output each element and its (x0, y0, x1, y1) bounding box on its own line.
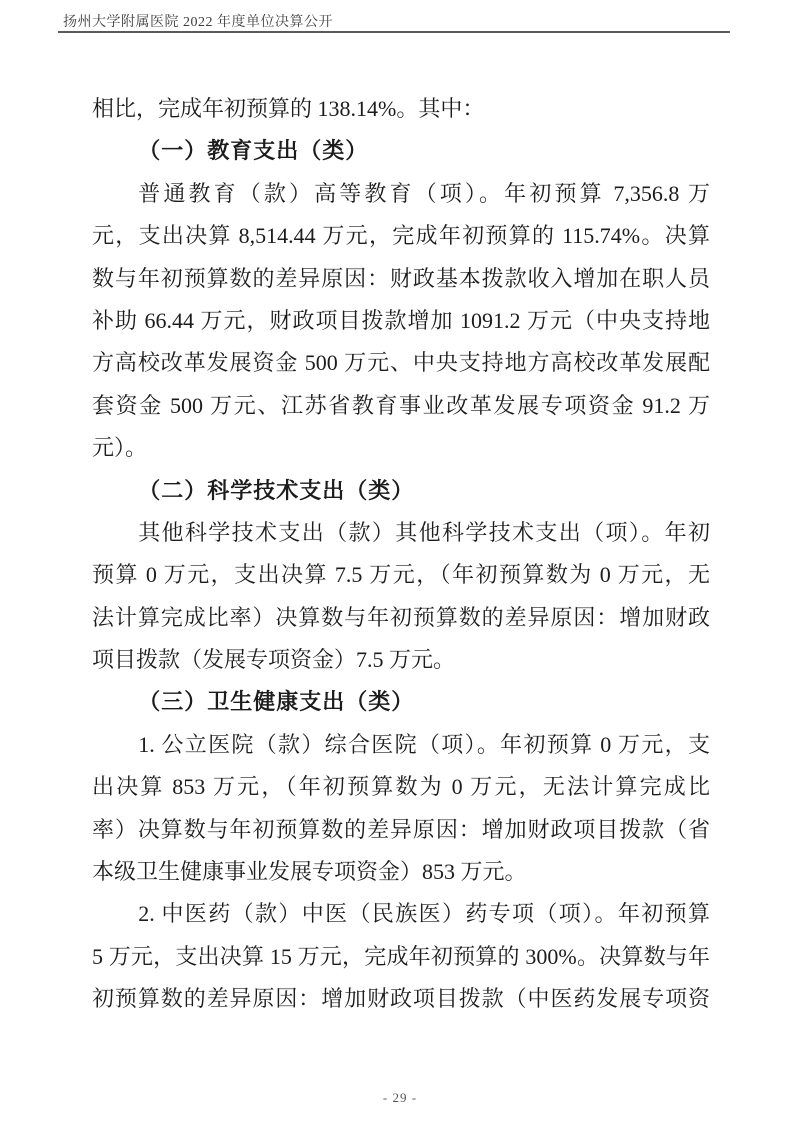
body-text-line: 初预算数的差异原因：增加财政项目拨款（中医药发展专项资 (92, 978, 710, 1020)
header-rule (58, 31, 730, 33)
header-title: 扬州大学附属医院 2022 年度单位决算公开 (63, 11, 333, 31)
body-text-line: 相比，完成年初预算的 138.14%。其中： (92, 88, 710, 130)
section-heading-line: （三）卫生健康支出（类） (92, 681, 710, 723)
body-text-line: 1. 公立医院（款）综合医院（项）。年初预算 0 万元，支 (92, 724, 710, 766)
body-text-line: 元）。 (92, 427, 710, 469)
body-text-line: 项目拨款（发展专项资金）7.5 万元。 (92, 639, 710, 681)
body-text-line: 2. 中医药（款）中医（民族医）药专项（项）。年初预算 (92, 893, 710, 935)
body-text-line: 普通教育（款）高等教育（项）。年初预算 7,356.8 万 (92, 173, 710, 215)
body-text-line: 套资金 500 万元、江苏省教育事业改革发展专项资金 91.2 万 (92, 385, 710, 427)
section-heading-line: （一）教育支出（类） (92, 130, 710, 172)
body-text-line: 率）决算数与年初预算数的差异原因：增加财政项目拨款（省 (92, 809, 710, 851)
body-text-line: 预算 0 万元，支出决算 7.5 万元，（年初预算数为 0 万元，无 (92, 554, 710, 596)
body-text-line: 补助 66.44 万元，财政项目拨款增加 1091.2 万元（中央支持地 (92, 300, 710, 342)
body-text-line: 方高校改革发展资金 500 万元、中央支持地方高校改革发展配 (92, 342, 710, 384)
body-text-line: 元，支出决算 8,514.44 万元，完成年初预算的 115.74%。决算 (92, 215, 710, 257)
document-body: 相比，完成年初预算的 138.14%。其中：（一）教育支出（类）普通教育（款）高… (92, 88, 710, 1021)
body-text-line: 其他科学技术支出（款）其他科学技术支出（项）。年初 (92, 512, 710, 554)
body-text-line: 法计算完成比率）决算数与年初预算数的差异原因：增加财政 (92, 597, 710, 639)
section-heading-line: （二）科学技术支出（类） (92, 470, 710, 512)
page-number: - 29 - (0, 1090, 800, 1106)
body-text-line: 数与年初预算数的差异原因：财政基本拨款收入增加在职人员 (92, 258, 710, 300)
body-text-line: 出决算 853 万元，（年初预算数为 0 万元，无法计算完成比 (92, 766, 710, 808)
document-page: 扬州大学附属医院 2022 年度单位决算公开 相比，完成年初预算的 138.14… (0, 0, 800, 1131)
body-text-line: 5 万元，支出决算 15 万元，完成年初预算的 300%。决算数与年 (92, 936, 710, 978)
body-text-line: 本级卫生健康事业发展专项资金）853 万元。 (92, 851, 710, 893)
